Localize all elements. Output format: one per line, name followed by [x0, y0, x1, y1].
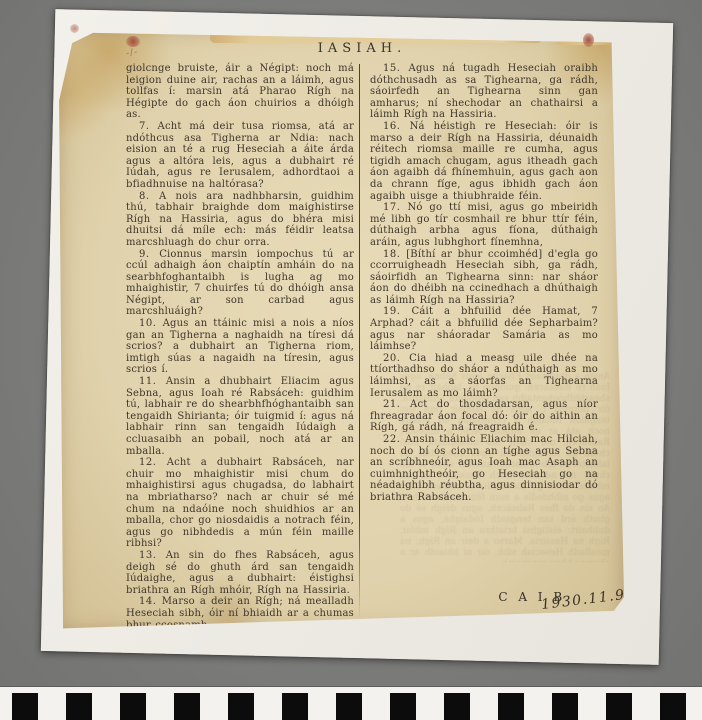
verse: 11. Ansin a dhubhairt Eliacim agus Sebna…: [126, 376, 354, 457]
verse-number: 16.: [383, 121, 410, 132]
verse-number: 18.: [383, 249, 406, 260]
left-column: giolcnge bruiste, áir a Négipt: noch má …: [126, 63, 354, 631]
verse-number: 22.: [383, 434, 405, 445]
pencil-mark: -/-: [125, 47, 138, 59]
verse-number: 19.: [383, 306, 412, 317]
verse-number: 14.: [139, 596, 162, 607]
page-text-block: IASIAH. giolcnge bruiste, áir a Négipt: …: [126, 41, 598, 631]
scale-bar-squares: [0, 693, 702, 720]
running-header: IASIAH.: [126, 41, 598, 56]
column-rule: [359, 64, 360, 620]
verse: 21. Act do thosdadarsan, agus níor fhrea…: [370, 399, 598, 434]
verse-number: 20.: [383, 353, 409, 364]
verse: 12. Acht a dubhairt Rabsáceh, nar chuir …: [126, 457, 354, 550]
verse: 7. Acht má deir tusa riomsa, atá ar ndót…: [126, 121, 354, 191]
verse-number: 9.: [139, 249, 159, 260]
verse: 16. Ná héistigh re Heseciah: óir is mars…: [370, 121, 598, 202]
verse-number: 17.: [383, 202, 407, 213]
verse: 8. A nois ara nadhbharsin, guidhim thú, …: [126, 191, 354, 249]
verse: 15. Agus ná tugadh Heseciah oraibh dóthc…: [370, 63, 598, 121]
verse-number: 11.: [139, 376, 166, 387]
verse: 18. [Bíthí ar bhur ccoimhéd] d'egla go c…: [370, 249, 598, 307]
photographic-scale-bar: [0, 686, 702, 720]
stain-spot: [583, 33, 594, 47]
verse: 19. Cáit a bhfuilid dée Hamat, 7 Arphad?…: [370, 306, 598, 352]
stain-spot: [126, 36, 140, 47]
verse: 22. Ansin tháinic Eliachim mac Hilciah, …: [370, 434, 598, 504]
verse-number: 21.: [383, 399, 410, 410]
verse-number: 10.: [139, 318, 163, 329]
verse: 10. Agus an ttáinic misi a nois a níos g…: [126, 318, 354, 376]
printed-page: IASIAH. giolcnge bruiste, áir a Négipt: …: [58, 28, 624, 632]
verse: giolcnge bruiste, áir a Négipt: noch má …: [126, 63, 354, 121]
verse: 17. Nó go ttí misi, agus go mbeiridh mé …: [370, 202, 598, 248]
stain-spot: [70, 24, 79, 33]
verse: 9. Cionnus marsin iompochus tú ar ccúl a…: [126, 249, 354, 319]
verse-number: 12.: [139, 457, 167, 468]
verse-number: 7.: [139, 121, 158, 132]
verse-number: 8.: [139, 191, 159, 202]
two-column-layout: giolcnge bruiste, áir a Négipt: noch má …: [126, 63, 598, 631]
verse-number: 15.: [383, 63, 409, 74]
verse-number: 13.: [139, 550, 166, 561]
verse: 20. Cia hiad a measg uile dhée na ttíort…: [370, 353, 598, 399]
right-column: 15. Agus ná tugadh Heseciah oraibh dóthc…: [370, 63, 598, 631]
verse: 13. An sin do fhes Rabsáceh, agus deigh …: [126, 550, 354, 596]
artifact-photograph: IASIAH. giolcnge bruiste, áir a Négipt: …: [0, 0, 702, 720]
